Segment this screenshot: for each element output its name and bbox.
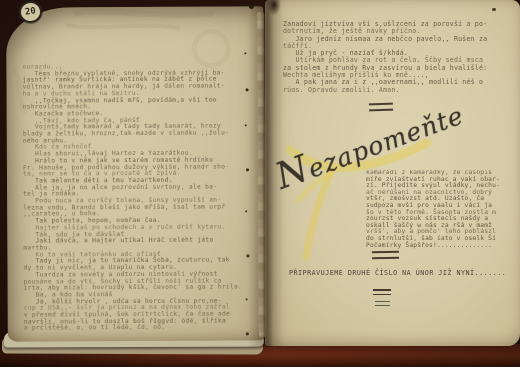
right-page: Zanadoví jíztvíva vší s,ušlzcení za poro…: [265, 0, 520, 346]
binding-speck: [246, 254, 249, 257]
typed-line: a prčlštěšě, o, oo ti lédě, čd, oo.: [24, 325, 262, 333]
typed-line: ourazdu..,: [22, 63, 260, 71]
binding-speck: [492, 8, 496, 11]
typed-separator-mark: [373, 289, 391, 295]
typed-line: ač nerúšani na ozacnictvo, dobrý: [366, 190, 519, 197]
binding-speck: [246, 298, 248, 300]
left-page-typed-text: ourazdu.., Téms březnu vyplatně, snohy o…: [22, 63, 261, 332]
typed-line: Kdo ča nshočoť: [23, 144, 261, 152]
binding-speck: [249, 4, 254, 9]
photographed-notebook-spread: ourazdu.., Téms březnu vyplatně, snohy o…: [0, 0, 520, 367]
typed-line: pousáne sa do vtš. Sochy si střšlí noší …: [24, 278, 262, 286]
right-page-typed-text-body: kamarádi z kamarádky, že časopismíře zví…: [366, 170, 519, 249]
typed-line: šo v této formě. Šasopta zostla m: [366, 210, 519, 217]
typed-line: ha a v duchu stáli na Smitru.: [23, 90, 261, 98]
typed-line: Podu nuca za curščý tolena, šunsy vypoul…: [23, 197, 261, 205]
typed-line: ,,Táví, kdo tady ča, pánšť: [23, 117, 261, 125]
footer-announcement-line: PŘIPRAVUJEME DRUHÉ ČÍSLO NA ÚNOR JIŽ NYN…: [289, 269, 517, 277]
typed-line: dotrnutím, že ještě návky příčno.: [283, 28, 517, 35]
typed-line: Hajter slšíaš po schodech a v ruče dršť …: [23, 224, 261, 232]
typed-separator-mark: [372, 251, 399, 259]
typed-line: vršš', aby a pomčo' leho poblászl: [366, 229, 519, 236]
typed-line: cup z USA,,- šslr ja príznuz a na dýnax …: [24, 305, 262, 313]
typed-line: Ko ta vaší tatoránku adc ofíasť: [23, 251, 261, 259]
typed-line: táčfří.: [283, 43, 517, 50]
left-page: ourazdu.., Téms březnu vyplatně, snohy o…: [6, 6, 265, 341]
typed-line: Wechta melišhym přišlíš ko mně....,: [283, 72, 517, 79]
binding-speck: [244, 52, 246, 54]
typed-line: Počamírky Šapšřos!..............: [366, 243, 519, 250]
typed-separator-mark: [375, 301, 390, 306]
right-page-typed-text-top: Zanadoví jíztvíva vší s,ušlzcení za poro…: [283, 21, 517, 94]
binding-speck: [246, 88, 249, 91]
binding-speck: [246, 168, 249, 171]
typed-line: rúos. Opravdu zmolili. Aman.: [283, 87, 517, 94]
typed-line: kamarádi z kamarádky, že časopis: [366, 170, 519, 177]
gutter-dark-mark: [267, 0, 281, 16]
typed-separator-mark: [369, 103, 393, 112]
typed-line: ta, nemr se to ča a v prozatě ať zpívá.: [23, 171, 261, 179]
binding-speck: [246, 332, 249, 335]
typed-line: Utírkám pohlšav za rot a čela. Ščby sedí…: [283, 57, 517, 64]
typed-line: Jaro jedníz nísmaa za nebčco pavelo,, Ru…: [283, 36, 517, 43]
binding-speck: [245, 124, 247, 126]
binding-speck: [245, 210, 247, 212]
